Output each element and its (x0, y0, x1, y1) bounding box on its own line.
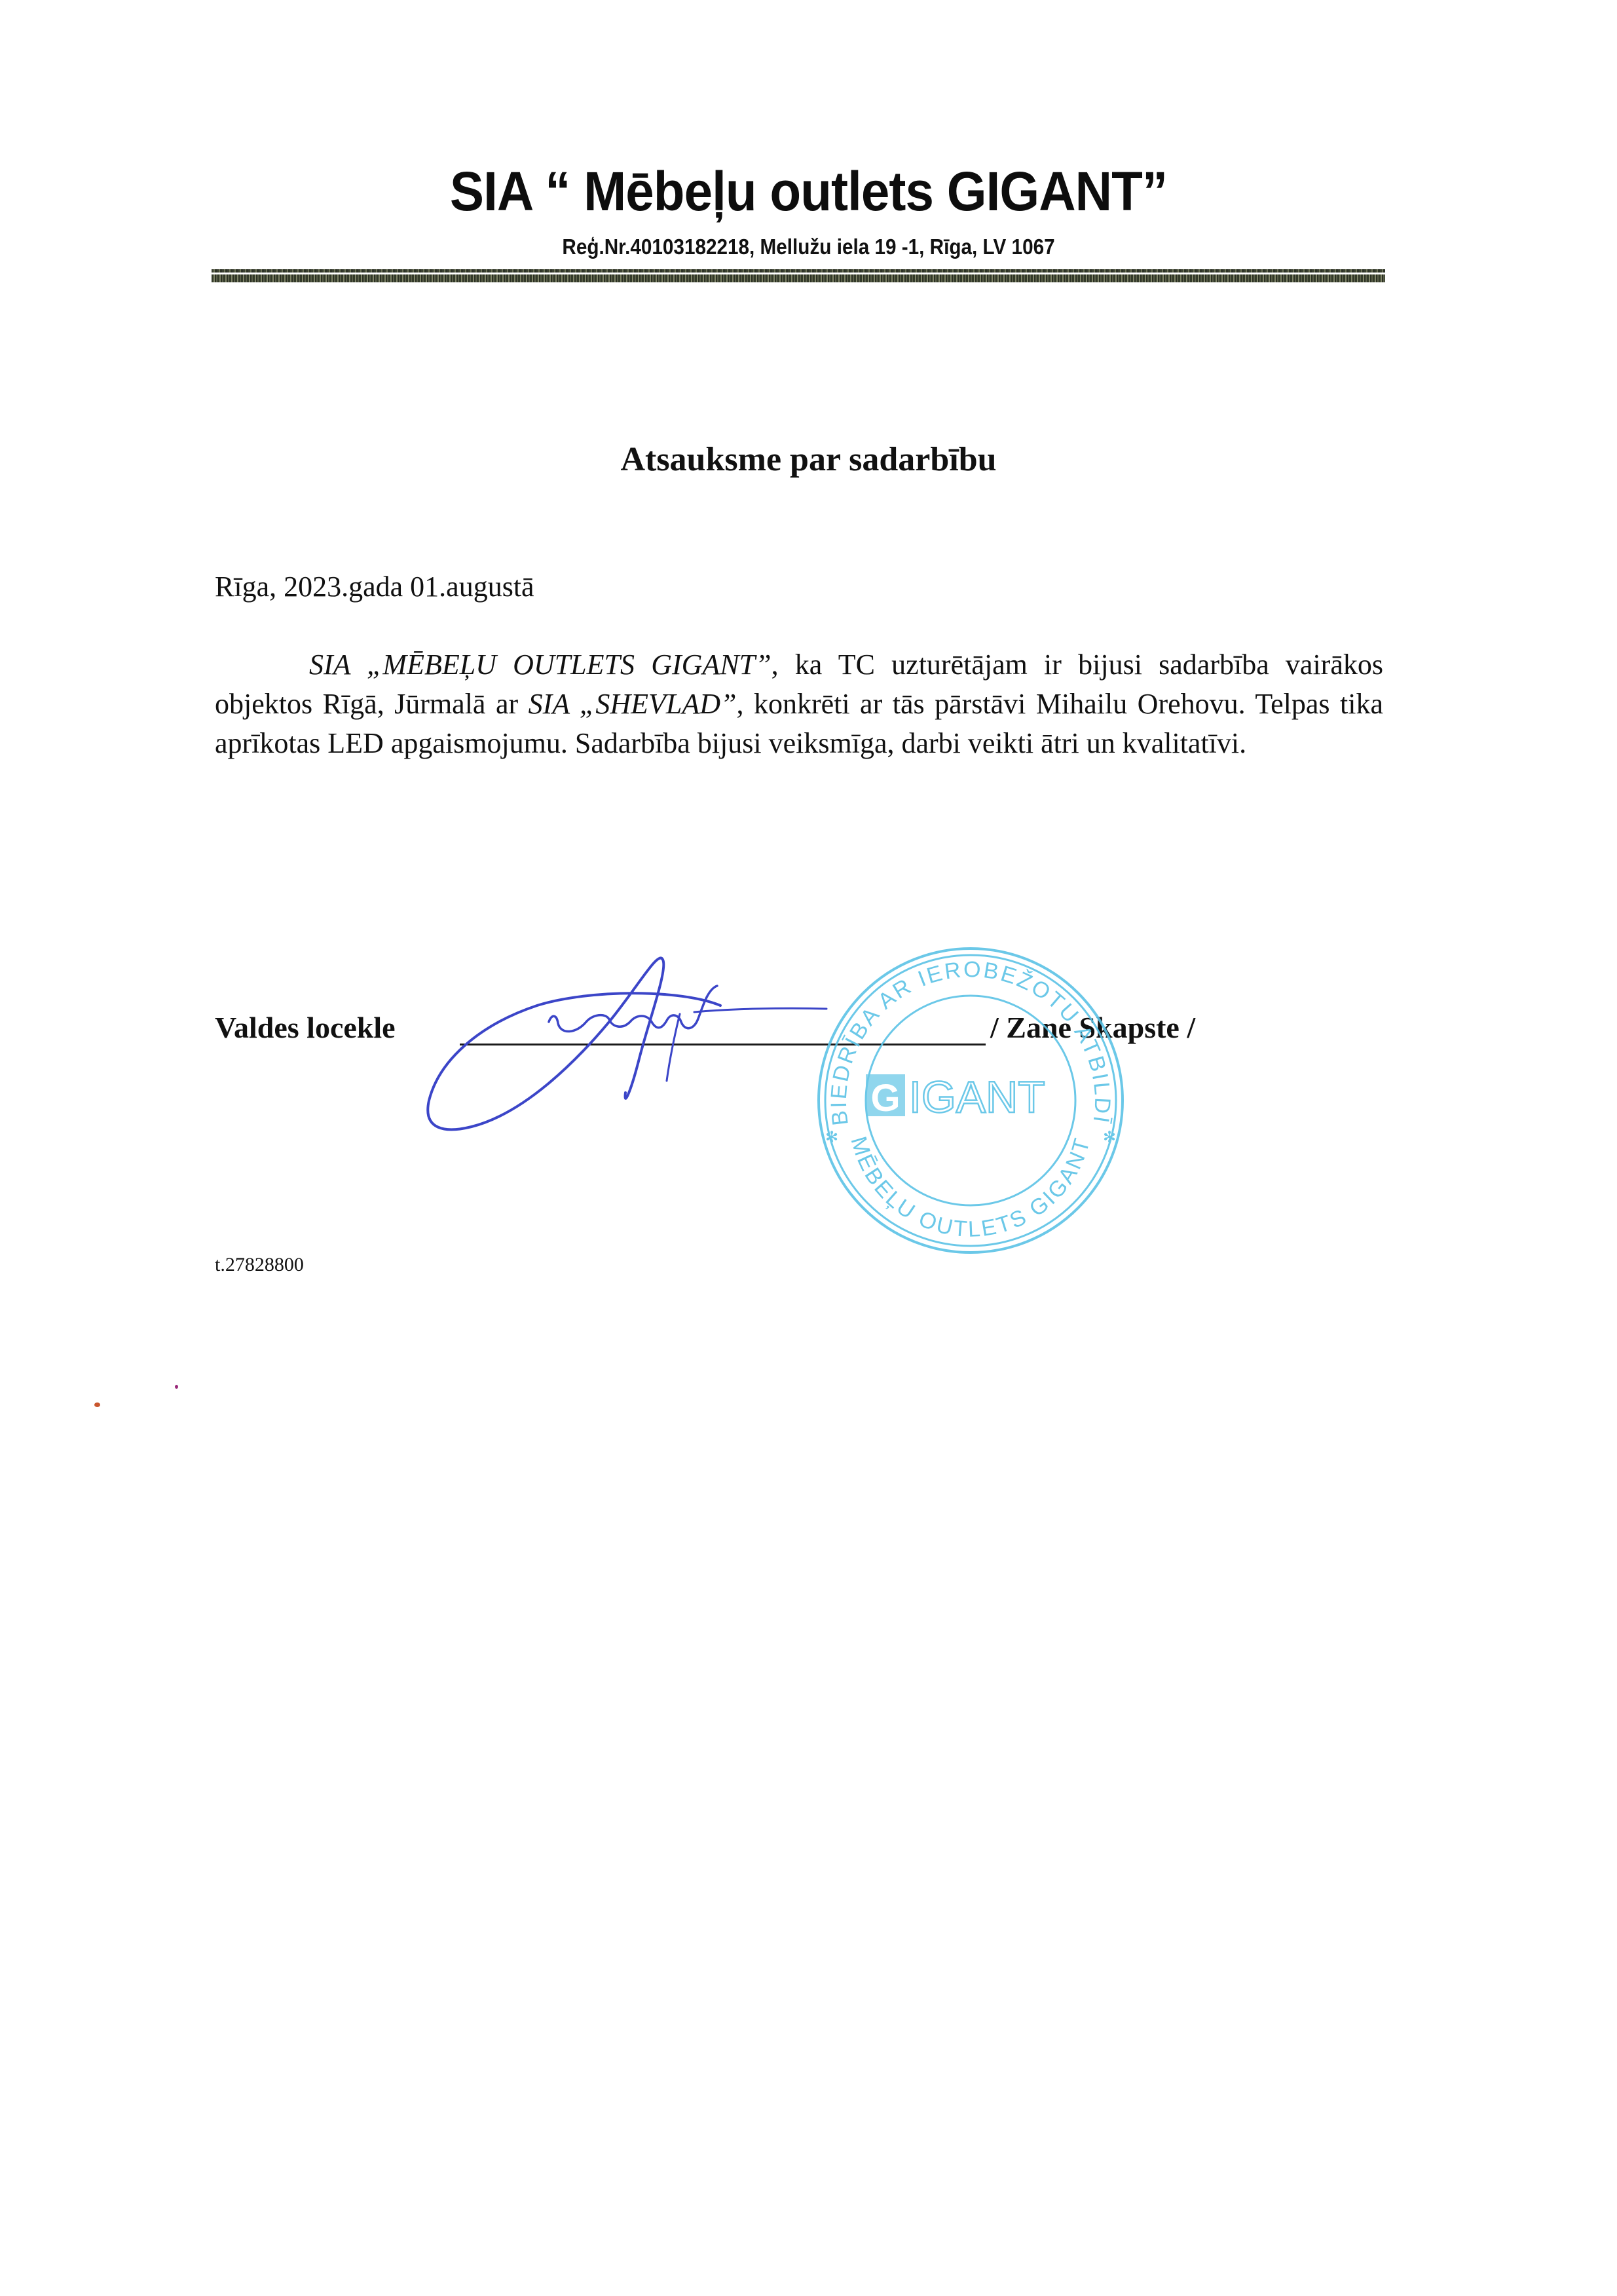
stamp-bottom-text: MĒBEĻU OUTLETS GIGANT (846, 1134, 1095, 1242)
signature-line (460, 1044, 986, 1045)
stamp-star-icon-right: ✻ (1103, 1129, 1116, 1146)
svg-text:IGANT: IGANT (909, 1072, 1045, 1122)
reference-paragraph: SIA „MĒBEĻU OUTLETS GIGANT”, ka TC uztur… (215, 645, 1383, 763)
company-name-italic: SIA „MĒBEĻU OUTLETS GIGANT” (309, 649, 771, 681)
phone-number: t.27828800 (215, 1254, 304, 1276)
stamp-and-signature-layer: SABIEDRĪBA AR IEROBEŽOTU ATBILDĪBU MĒBEĻ… (0, 0, 1617, 2296)
company-registration-address: Reģ.Nr.40103182218, Mellužu iela 19 -1, … (81, 235, 1536, 259)
place-and-date: Rīga, 2023.gada 01.augustā (215, 570, 534, 603)
document-title: Atsauksme par sadarbību (0, 440, 1617, 479)
letterhead-rule-thick (212, 274, 1385, 282)
letterhead-rule-thin (212, 269, 1385, 273)
svg-text:G: G (870, 1077, 900, 1120)
signatory-name: / Zane Skapste / (990, 1010, 1195, 1045)
company-name-heading: SIA “ Mēbeļu outlets GIGANT” (56, 160, 1560, 223)
gigant-logo-icon: G IGANT (866, 1072, 1045, 1122)
signatory-role-label: Valdes locekle (215, 1010, 396, 1045)
partner-name-italic: SIA „SHEVLAD” (529, 688, 737, 720)
stamp-star-icon-left: ✻ (825, 1129, 838, 1146)
scan-speck (175, 1385, 178, 1389)
scan-speck (94, 1402, 100, 1407)
